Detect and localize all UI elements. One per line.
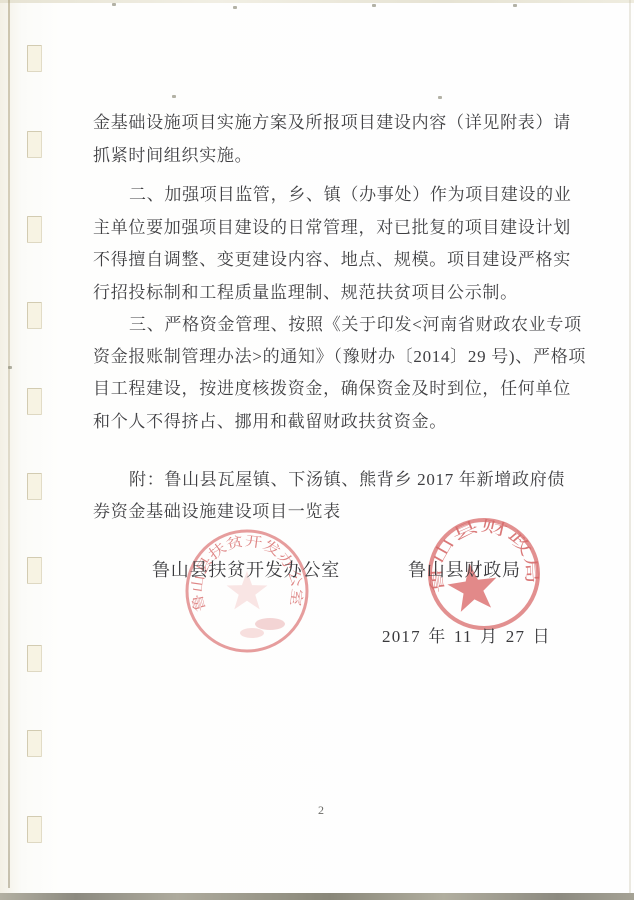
scanned-document-page: 鲁山县扶贫开发办公室 鲁山县财政局 金基础设施项目实施方案及所报项目建设内容（详… <box>0 0 634 900</box>
binder-hole <box>27 473 42 500</box>
body-line: 二、加强项目监管，乡、镇（办事处）作为项目建设的业 <box>93 180 572 205</box>
binder-hole <box>27 302 42 329</box>
binder-hole <box>27 216 42 243</box>
body-line: 不得擅自调整、变更建设内容、地点、规模。项目建设严格实 <box>93 245 571 270</box>
body-line: 三、严格资金管理、按照《关于印发<河南省财政农业专项 <box>93 310 582 335</box>
scan-speck <box>233 6 237 9</box>
scan-speck <box>513 4 517 7</box>
signature-right-org: 鲁山县财政局 <box>408 556 521 582</box>
body-line: 券资金基础设施建设项目一览表 <box>93 497 341 522</box>
body-line: 行招投标制和工程质量监理制、规范扶贫项目公示制。 <box>93 278 518 303</box>
scan-speck <box>112 3 116 6</box>
body-line: 和个人不得挤占、挪用和截留财政扶贫资金。 <box>93 407 447 432</box>
scan-edge-left <box>8 0 10 888</box>
body-line: 主单位要加强项目建设的日常管理，对已批复的项目建设计划 <box>93 213 571 238</box>
page-number: 2 <box>318 803 324 818</box>
body-line: 资金报账制管理办法>的通知》（豫财办〔2014〕29 号)、严格项 <box>93 342 586 367</box>
body-line: 附：鲁山县瓦屋镇、下汤镇、熊背乡 2017 年新增政府债 <box>93 465 565 490</box>
seal-smudge <box>240 628 264 638</box>
seal-smudge <box>255 618 285 630</box>
body-line: 金基础设施项目实施方案及所报项目建设内容（详见附表）请 <box>93 108 571 133</box>
body-line: 目工程建设，按进度核拨资金，确保资金及时到位，任何单位 <box>93 374 571 399</box>
binder-hole <box>27 45 42 72</box>
binder-hole <box>27 816 42 843</box>
scan-edge-right <box>629 0 631 893</box>
binder-hole <box>27 645 42 672</box>
scan-edge-top <box>0 0 634 3</box>
scan-speck <box>438 96 442 99</box>
binder-hole <box>27 730 42 757</box>
official-seal-poverty-alleviation-office: 鲁山县扶贫开发办公室 <box>172 516 322 666</box>
binder-hole <box>27 557 42 584</box>
scan-speck <box>372 4 376 7</box>
binder-hole <box>27 131 42 158</box>
signature-left-org: 鲁山县扶贫开发办公室 <box>152 556 340 582</box>
binder-hole <box>27 388 42 415</box>
scan-speck <box>172 95 176 98</box>
body-line: 抓紧时间组织实施。 <box>93 141 252 166</box>
scan-edge-bottom <box>0 893 634 900</box>
scan-speck <box>8 366 12 369</box>
document-date: 2017 年 11 月 27 日 <box>382 622 551 647</box>
